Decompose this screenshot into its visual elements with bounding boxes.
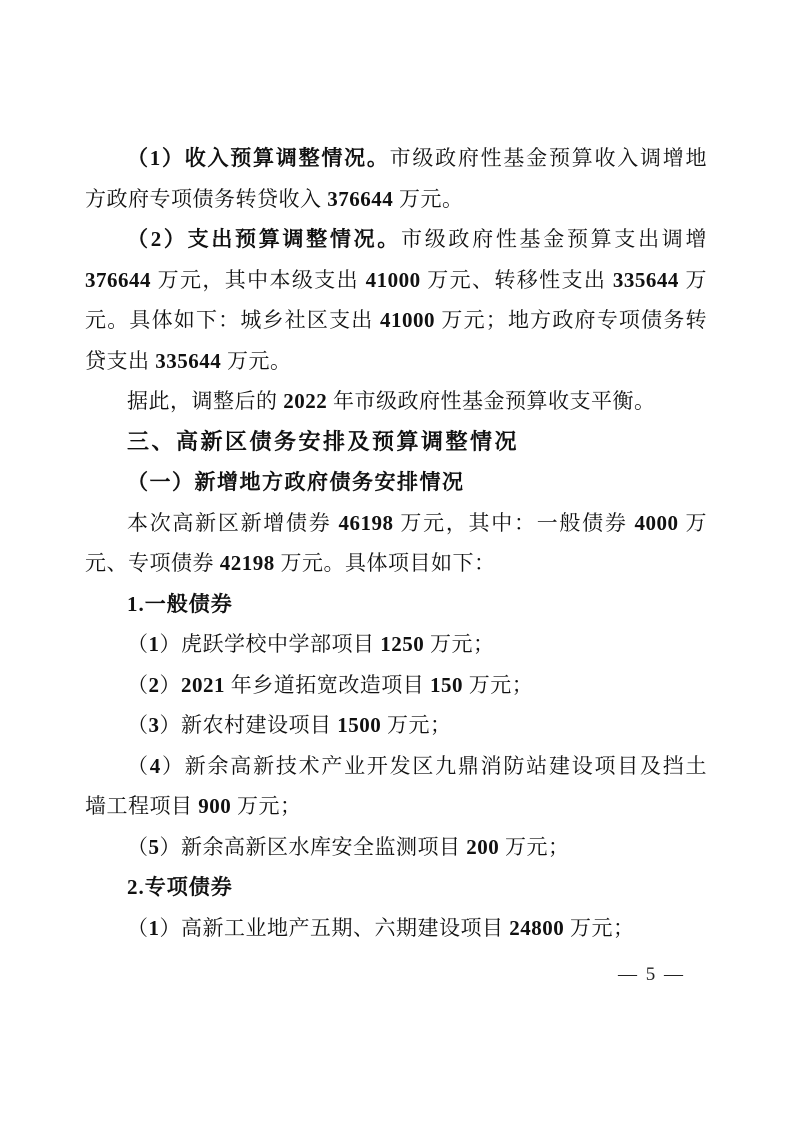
list-group-heading: 1.一般债券 [85, 584, 707, 625]
text-segment: 3 [149, 713, 160, 737]
list-item-line: （1）高新工业地产五期、六期建设项目 24800 万元； [85, 908, 707, 949]
text-segment: 年乡道拓宽改造项目 [225, 673, 430, 697]
text-segment: 335644 [613, 268, 679, 292]
text-segment: 万元； [499, 835, 569, 859]
text-segment: 4000 [635, 511, 679, 535]
text-segment: 万元； [424, 632, 494, 656]
text-segment: （ [127, 673, 149, 697]
text-segment: 万元、转移性支出 [421, 268, 613, 292]
text-segment: （一）新增地方政府债务安排情况 [127, 470, 465, 494]
text-segment: 24800 [509, 916, 564, 940]
paragraph-line: （2）支出预算调整情况。市级政府性基金预算支出调增 [85, 219, 707, 260]
list-item-line: （3）新农村建设项目 1500 万元； [85, 705, 707, 746]
text-segment: （2）支出预算调整情况。 [127, 227, 401, 251]
text-segment: 2.专项债券 [127, 875, 233, 899]
text-segment: ）新余高新区水库安全监测项目 [160, 835, 467, 859]
list-group-heading: 2.专项债券 [85, 867, 707, 908]
text-segment: 万元，其中：一般债券 [393, 511, 634, 535]
text-segment: 万 [679, 268, 707, 292]
text-segment: 万元； [564, 916, 634, 940]
text-segment: 年市级政府性基金预算收支平衡。 [327, 389, 655, 413]
text-segment: 150 [430, 673, 463, 697]
text-segment: 1 [149, 916, 160, 940]
text-segment: 万元； [463, 673, 533, 697]
text-segment: 335644 [155, 349, 221, 373]
text-segment: （ [127, 835, 149, 859]
text-segment: 376644 [85, 268, 151, 292]
text-segment: 万元。 [393, 187, 463, 211]
list-item-line: （4）新余高新技术产业开发区九鼎消防站建设项目及挡土 [85, 746, 707, 787]
text-segment: 5 [149, 835, 160, 859]
text-segment: 200 [466, 835, 499, 859]
paragraph-line: 据此，调整后的 2022 年市级政府性基金预算收支平衡。 [85, 381, 707, 422]
subsection-heading: （一）新增地方政府债务安排情况 [85, 462, 707, 503]
text-segment: （1）收入预算调整情况。 [127, 146, 390, 170]
text-segment: 万元。具体项目如下： [275, 551, 496, 575]
text-segment: 2 [149, 673, 160, 697]
paragraph-line: 本次高新区新增债券 46198 万元，其中：一般债券 4000 万 [85, 503, 707, 544]
text-segment: ）新余高新技术产业开发区九鼎消防站建设项目及挡土 [161, 754, 707, 778]
text-segment: 贷支出 [85, 349, 155, 373]
list-item-line: （2）2021 年乡道拓宽改造项目 150 万元； [85, 665, 707, 706]
text-segment: 万 [679, 511, 707, 535]
list-item-line: （1）虎跃学校中学部项目 1250 万元； [85, 624, 707, 665]
text-segment: 1250 [380, 632, 424, 656]
text-segment: 万元；地方政府专项债务转 [435, 308, 707, 332]
text-segment: 42198 [220, 551, 275, 575]
text-segment: 376644 [327, 187, 393, 211]
text-segment: 元、专项债券 [85, 551, 220, 575]
text-segment: 万元； [231, 794, 301, 818]
text-segment: 万元，其中本级支出 [151, 268, 366, 292]
text-segment: ）新农村建设项目 [160, 713, 338, 737]
text-segment: 元。具体如下：城乡社区支出 [85, 308, 380, 332]
text-segment: 据此，调整后的 [127, 389, 283, 413]
paragraph-line: 贷支出 335644 万元。 [85, 341, 707, 382]
text-segment: 墙工程项目 [85, 794, 198, 818]
paragraph-line: 376644 万元，其中本级支出 41000 万元、转移性支出 335644 万 [85, 260, 707, 301]
text-segment: （ [127, 713, 149, 737]
page-number: — 5 — [618, 964, 685, 986]
text-segment: 4 [150, 754, 161, 778]
text-segment: 1.一般债券 [127, 592, 233, 616]
section-heading: 三、高新区债务安排及预算调整情况 [85, 422, 707, 463]
text-segment: 41000 [366, 268, 421, 292]
text-segment: 41000 [380, 308, 435, 332]
document-body: （1）收入预算调整情况。市级政府性基金预算收入调增地方政府专项债务转贷收入 37… [85, 138, 707, 948]
text-segment: 2022 [283, 389, 327, 413]
text-segment: 1 [149, 632, 160, 656]
text-segment: 本次高新区新增债券 [127, 511, 338, 535]
text-segment: 46198 [338, 511, 393, 535]
paragraph-line: 元、专项债券 42198 万元。具体项目如下： [85, 543, 707, 584]
text-segment: 1500 [337, 713, 381, 737]
document-page: （1）收入预算调整情况。市级政府性基金预算收入调增地方政府专项债务转贷收入 37… [0, 0, 793, 1122]
text-segment: 三、高新区债务安排及预算调整情况 [127, 429, 519, 454]
paragraph-line: 方政府专项债务转贷收入 376644 万元。 [85, 179, 707, 220]
text-segment: 万元； [381, 713, 451, 737]
list-item-line: 墙工程项目 900 万元； [85, 786, 707, 827]
list-item-line: （5）新余高新区水库安全监测项目 200 万元； [85, 827, 707, 868]
text-segment: 市级政府性基金预算收入调增地 [390, 146, 707, 170]
text-segment: ）高新工业地产五期、六期建设项目 [160, 916, 510, 940]
text-segment: 900 [198, 794, 231, 818]
text-segment: （ [127, 754, 150, 778]
text-segment: 2021 [181, 673, 225, 697]
text-segment: （ [127, 632, 149, 656]
text-segment: 万元。 [221, 349, 291, 373]
paragraph-line: （1）收入预算调整情况。市级政府性基金预算收入调增地 [85, 138, 707, 179]
text-segment: 市级政府性基金预算支出调增 [401, 227, 707, 251]
paragraph-line: 元。具体如下：城乡社区支出 41000 万元；地方政府专项债务转 [85, 300, 707, 341]
text-segment: 方政府专项债务转贷收入 [85, 187, 327, 211]
text-segment: ）虎跃学校中学部项目 [160, 632, 381, 656]
text-segment: ） [160, 673, 182, 697]
text-segment: （ [127, 916, 149, 940]
